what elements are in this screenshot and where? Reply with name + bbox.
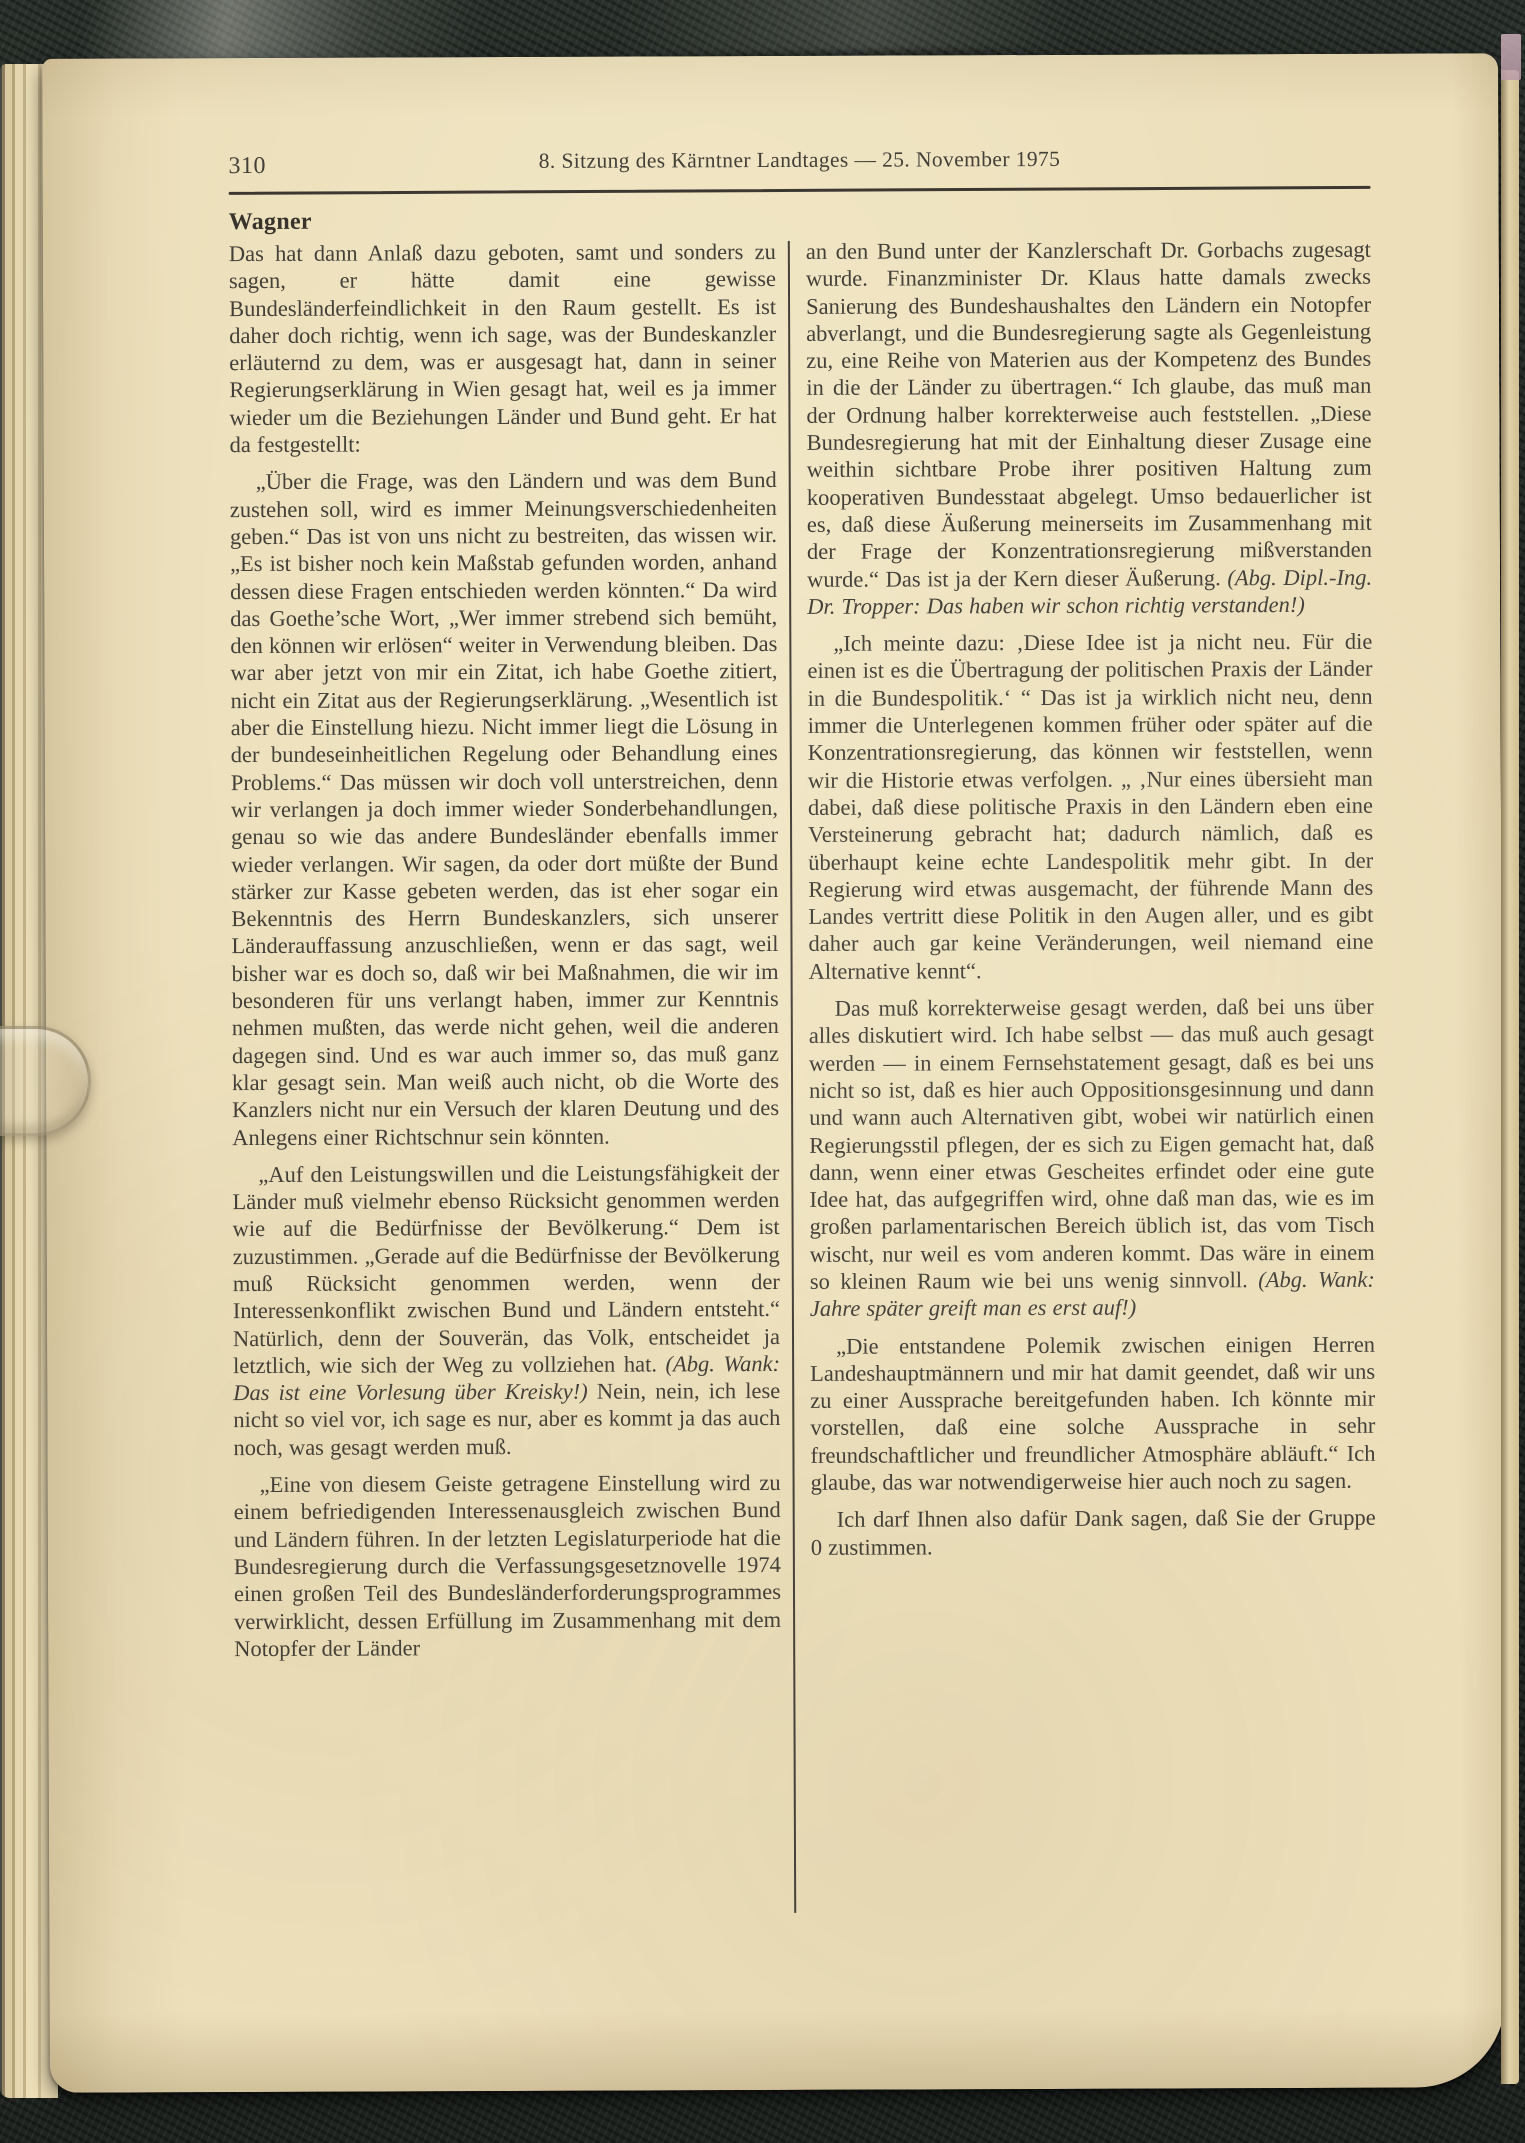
- book-scan: 310 8. Sitzung des Kärntner Landtages — …: [0, 0, 1525, 2143]
- book-page: 310 8. Sitzung des Kärntner Landtages — …: [42, 53, 1506, 2093]
- text-run: „Auf den Leistungswillen und die Leistun…: [232, 1160, 780, 1378]
- two-column-text: Das hat dann Anlaß dazu geboten, samt un…: [229, 236, 1376, 1673]
- running-header: 310 8. Sitzung des Kärntner Landtages — …: [228, 142, 1370, 178]
- tape-corner: [1501, 34, 1521, 80]
- header-rule: [229, 186, 1371, 195]
- text-run: Ich darf Ihnen also dafür Dank sagen, da…: [811, 1505, 1376, 1559]
- text-run: „Ich meinte dazu: ‚Diese Idee ist ja nic…: [807, 629, 1373, 984]
- text-run: an den Bund unter der Kanzlerschaft Dr. …: [806, 237, 1372, 592]
- paragraph: „Eine von diesem Geiste getragene Einste…: [234, 1469, 782, 1662]
- text-run: Das hat dann Anlaß dazu geboten, samt un…: [229, 239, 777, 457]
- session-header-title: 8. Sitzung des Kärntner Landtages — 25. …: [228, 146, 1370, 175]
- paragraph: Das hat dann Anlaß dazu geboten, samt un…: [229, 238, 777, 458]
- left-column: Das hat dann Anlaß dazu geboten, samt un…: [229, 238, 781, 1672]
- printed-text-area: 310 8. Sitzung des Kärntner Landtages — …: [228, 142, 1376, 1673]
- cover-glare: [620, 0, 1181, 55]
- paragraph: „Auf den Leistungswillen und die Leistun…: [232, 1159, 780, 1461]
- paragraph: „Über die Frage, was den Ländern und was…: [230, 466, 780, 1151]
- text-run: „Die entstandene Polemik zwischen einige…: [810, 1331, 1375, 1495]
- speaker-name: Wagner: [229, 205, 1371, 236]
- paragraph: „Die entstandene Polemik zwischen einige…: [810, 1330, 1376, 1496]
- text-run: „Über die Frage, was den Ländern und was…: [230, 467, 779, 1149]
- paragraph: „Ich meinte dazu: ‚Diese Idee ist ja nic…: [807, 628, 1373, 985]
- paragraph: an den Bund unter der Kanzlerschaft Dr. …: [806, 236, 1372, 620]
- column-divider: [788, 241, 796, 1913]
- right-column: an den Bund unter der Kanzlerschaft Dr. …: [806, 236, 1376, 1670]
- text-run: „Eine von diesem Geiste getragene Einste…: [234, 1470, 782, 1661]
- facing-page-edge: [1501, 70, 1519, 2084]
- paragraph: Das muß korrekterweise gesagt werden, da…: [809, 993, 1375, 1323]
- paragraph: Ich darf Ihnen also dafür Dank sagen, da…: [811, 1504, 1376, 1561]
- text-run: Das muß korrekterweise gesagt werden, da…: [809, 994, 1375, 1294]
